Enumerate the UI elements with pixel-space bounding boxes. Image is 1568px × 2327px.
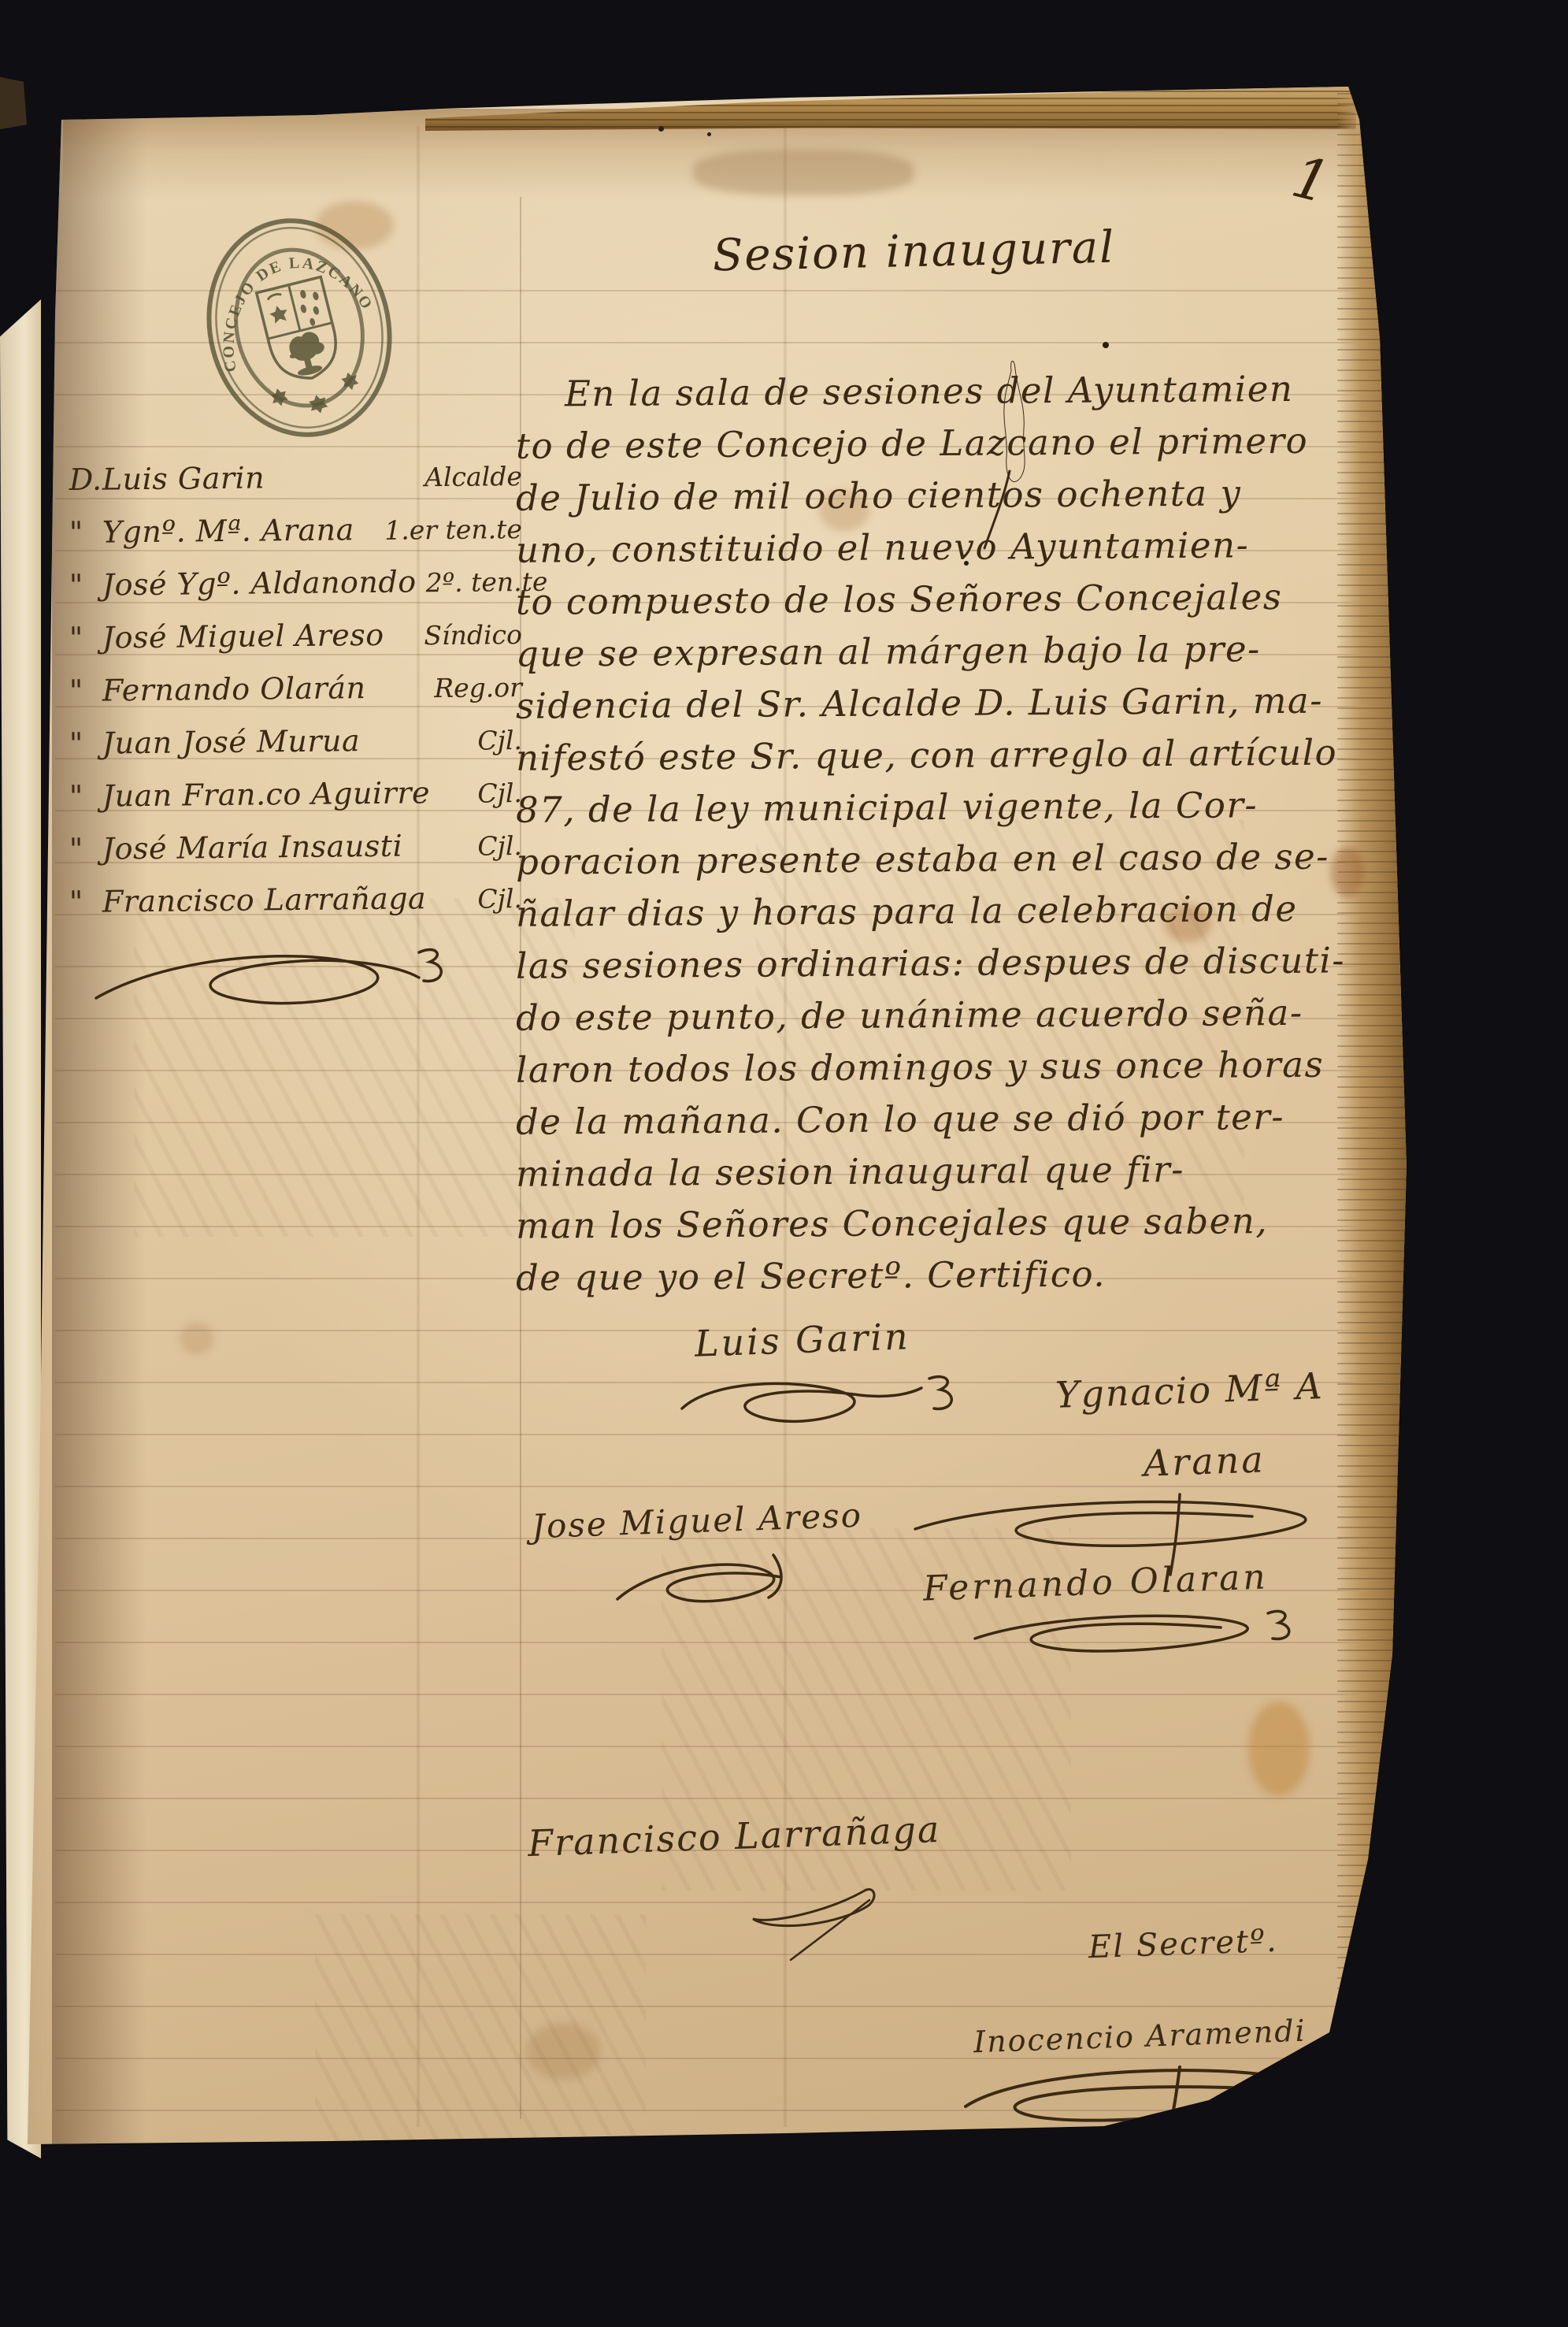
signature-arana-initials: Ygnacio Mª A <box>1055 1368 1324 1413</box>
body-line: to compuesto de los Señores Concejales <box>516 575 1374 633</box>
ink-speck <box>658 126 664 132</box>
attendee-name: Juan José Murua <box>102 723 361 760</box>
attendee-row: " Ygnº. Mª. Arana 1.er ten.te <box>69 510 523 568</box>
body-line: En la sala de sesiones del Ayuntamien <box>516 367 1374 425</box>
attendee-name: José Ygº. Aldanondo <box>102 564 417 602</box>
attendee-role: Síndico <box>414 619 522 651</box>
attendee-role: Cjl. <box>468 883 522 915</box>
foxing-stain <box>693 150 914 195</box>
attendee-row: " José María Insausti Cjl. <box>69 827 523 885</box>
foxing-stain <box>526 2023 601 2080</box>
signature-rubric <box>731 1881 912 1964</box>
body-line: laron todos los domingos y sus once hora… <box>516 1043 1374 1101</box>
signature-rubric <box>943 2058 1345 2136</box>
body-line: que se expresan al márgen bajo la pre- <box>516 627 1374 685</box>
margin-list-rubric <box>88 941 458 1032</box>
body-line: las sesiones ordinarias: despues de disc… <box>516 939 1374 997</box>
attendee-row: " Juan José Murua Cjl. <box>69 722 523 779</box>
signature-secretary-title: El Secretº. <box>1088 1925 1278 1963</box>
attendee-row: " Fernando Olarán Reg.or <box>69 669 523 726</box>
signature-rubric <box>606 1550 827 1617</box>
body-line: uno, constituido el nuevo Ayuntamien- <box>516 523 1374 581</box>
body-line: man los Señores Concejales que saben, <box>516 1199 1374 1257</box>
attendee-role: Cjl. <box>468 725 522 756</box>
attendee-row: D. Luis Garin Alcalde <box>69 458 523 515</box>
attendee-margin-list: D. Luis Garin Alcalde " Ygnº. Mª. Arana … <box>69 460 522 935</box>
attendee-row: " Francisco Larrañaga Cjl. <box>69 880 523 937</box>
body-line: do este punto, de unánime acuerdo seña- <box>516 991 1374 1049</box>
attendee-name: Juan Fran.co Aguirre <box>102 775 431 813</box>
foxing-stain <box>180 1322 214 1355</box>
body-line: minada la sesion inaugural que fir- <box>516 1147 1374 1205</box>
signature-garin: Luis Garin <box>694 1318 910 1362</box>
body-line: ñalar dias y horas para la celebracion d… <box>516 887 1374 945</box>
attendee-role: 1.er ten.te <box>375 514 522 546</box>
manuscript-page: CONCEJO DE LAZCANO <box>0 0 1568 2327</box>
ditto-mark: " <box>69 621 102 655</box>
minutes-body: En la sala de sesiones del Ayuntamien to… <box>516 370 1374 1306</box>
ditto-mark: " <box>69 515 102 550</box>
body-line: de la mañana. Con lo que se dió por ter- <box>516 1095 1374 1153</box>
signature-arana: Arana <box>1143 1441 1266 1481</box>
ditto-mark: " <box>69 674 102 708</box>
attendee-name: José Miguel Areso <box>102 618 384 655</box>
ditto-mark: " <box>69 885 102 919</box>
spine-fragment <box>0 75 27 132</box>
stamp-stars <box>269 369 363 424</box>
attendee-name: Francisco Larrañaga <box>102 881 427 919</box>
attendee-role: Cjl. <box>468 830 522 862</box>
body-line: nifestó este Sr. que, con arreglo al art… <box>516 731 1374 789</box>
signature-rubric <box>969 1607 1307 1670</box>
body-line: de que yo el Secretº. Certifico. <box>516 1251 1374 1309</box>
attendee-row: " José Miguel Areso Síndico <box>69 616 523 674</box>
attendee-name: José María Insausti <box>102 829 403 867</box>
ditto-mark: " <box>69 779 102 814</box>
body-line: poracion presente estaba en el caso de s… <box>516 835 1374 893</box>
foxing-stain <box>1248 1702 1310 1796</box>
ink-speck <box>1103 342 1109 348</box>
attendee-name: Fernando Olarán <box>102 670 366 708</box>
ink-showthrough <box>315 1914 646 2151</box>
page-stack-top-edge <box>425 84 1356 131</box>
photo-backdrop: CONCEJO DE LAZCANO <box>0 0 1568 2327</box>
attendee-name: Ygnº. Mª. Arana <box>102 512 354 549</box>
signature-rubric <box>676 1372 1006 1443</box>
attendee-role: Cjl. <box>468 778 522 809</box>
ink-speck <box>707 132 711 136</box>
body-line: sidencia del Sr. Alcalde D. Luis Garin, … <box>516 679 1374 737</box>
attendee-role: Alcalde <box>415 461 522 492</box>
body-line: de Julio de mil ocho cientos ochenta y <box>516 471 1374 529</box>
attendee-name: Luis Garin <box>102 460 265 496</box>
attendee-role: Reg.or <box>424 672 522 703</box>
ditto-mark: " <box>69 568 102 603</box>
ditto-mark: " <box>69 726 102 761</box>
body-line: to de este Concejo de Lazcano el primero <box>516 419 1374 477</box>
attendee-row: " Juan Fran.co Aguirre Cjl. <box>69 774 523 832</box>
ditto-mark: D. <box>69 462 102 497</box>
gutter-shadow <box>52 110 146 2147</box>
stamp-coat-of-arms <box>246 274 363 424</box>
ditto-mark: " <box>69 832 102 867</box>
body-line: 87, de la ley municipal vigente, la Cor- <box>516 783 1374 841</box>
session-title: Sesion inaugural <box>712 226 1115 279</box>
attendee-row: " José Ygº. Aldanondo 2º. ten.te <box>69 563 523 621</box>
